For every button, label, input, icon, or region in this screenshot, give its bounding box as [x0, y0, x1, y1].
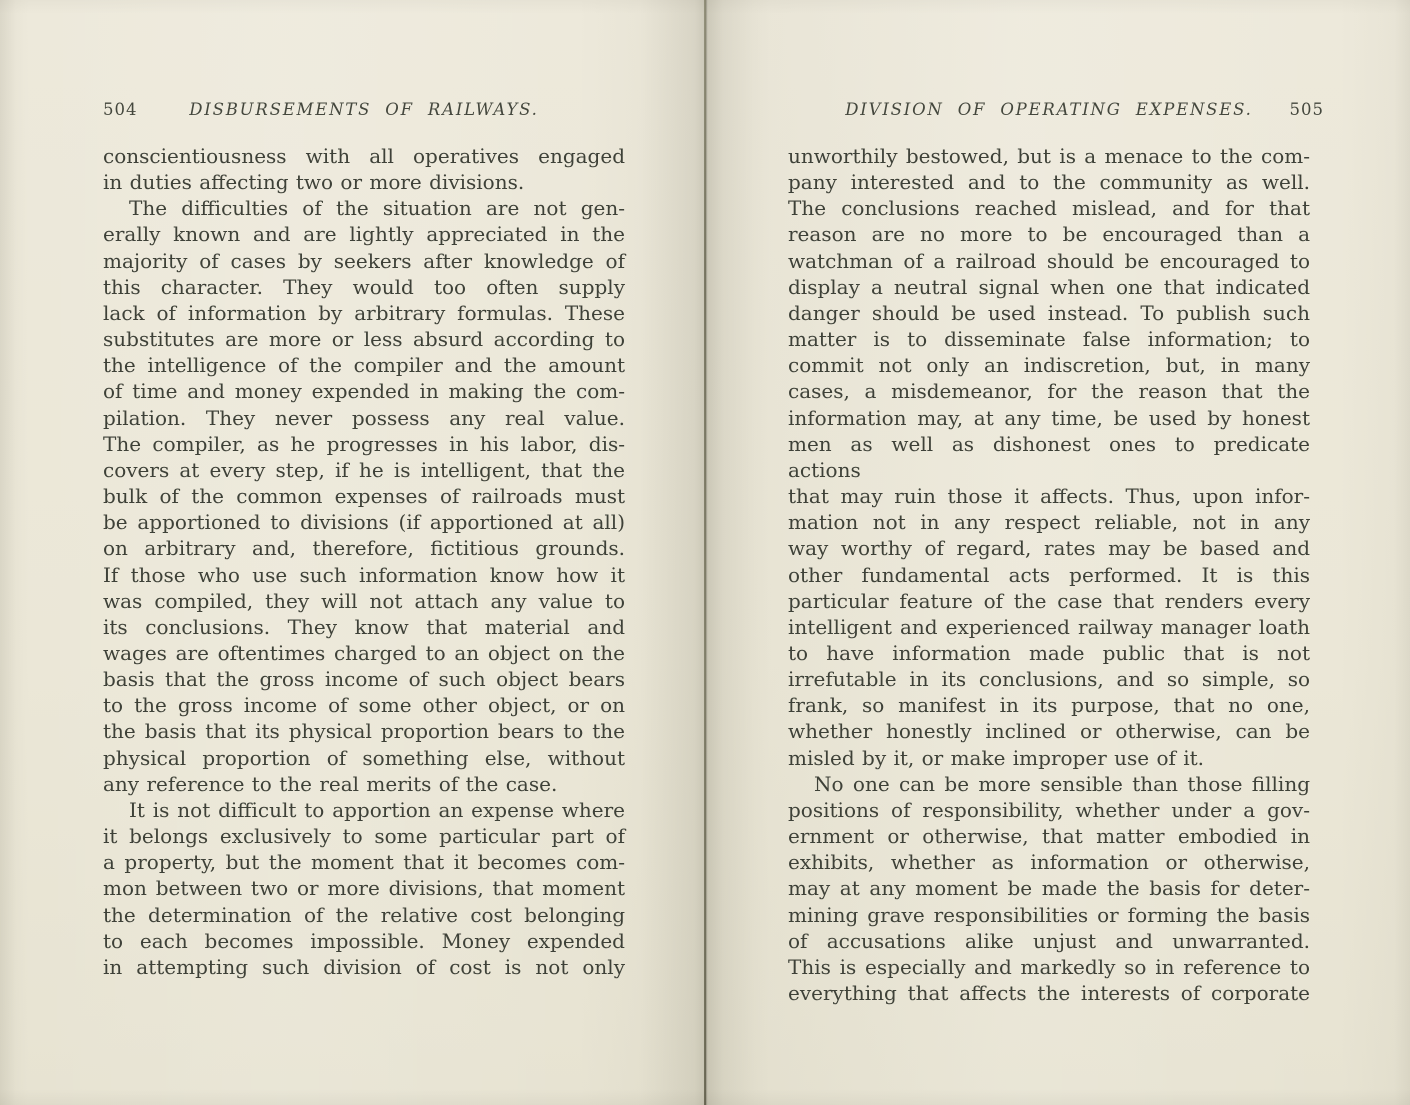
- text-line: a property, but the moment that it becom…: [103, 849, 625, 875]
- text-line: cases, a misdemeanor, for the reason tha…: [788, 378, 1310, 404]
- text-line: watchman of a railroad should be encoura…: [788, 248, 1310, 274]
- text-line: to the gross income of some other object…: [103, 692, 625, 718]
- text-line: pilation. They never possess any real va…: [103, 405, 625, 431]
- running-title-right: DIVISION OF OPERATING EXPENSES.: [788, 99, 1310, 120]
- text-line: of accusations alike unjust and unwarran…: [788, 928, 1310, 954]
- text-line: positions of responsibility, whether und…: [788, 797, 1310, 823]
- text-line: mation not in any respect reliable, not …: [788, 509, 1310, 535]
- text-line: It is not difficult to apportion an expe…: [103, 797, 625, 823]
- text-line: erally known and are lightly appreciated…: [103, 221, 625, 247]
- text-line: commit not only an indiscretion, but, in…: [788, 352, 1310, 378]
- text-line: was compiled, they will not attach any v…: [103, 588, 625, 614]
- text-line: pany interested and to the community as …: [788, 169, 1310, 195]
- text-line: physical proportion of something else, w…: [103, 745, 625, 771]
- running-title-left: DISBURSEMENTS OF RAILWAYS.: [103, 99, 625, 120]
- text-line: it belongs exclusively to some particula…: [103, 823, 625, 849]
- text-line: to each becomes impossible. Money expend…: [103, 928, 625, 954]
- text-line: frank, so manifest in its purpose, that …: [788, 692, 1310, 718]
- text-line: conscientiousness with all operatives en…: [103, 143, 625, 169]
- text-line: everything that affects the interests of…: [788, 980, 1310, 1006]
- text-line: information may, at any time, be used by…: [788, 405, 1310, 431]
- text-line: this character. They would too often sup…: [103, 274, 625, 300]
- text-line: in duties affecting two or more division…: [103, 169, 625, 195]
- text-line: basis that the gross income of such obje…: [103, 666, 625, 692]
- text-line: ernment or otherwise, that matter embodi…: [788, 823, 1310, 849]
- text-line: covers at every step, if he is intellige…: [103, 457, 625, 483]
- text-line: any reference to the real merits of the …: [103, 771, 625, 797]
- text-line: intelligent and experienced railway mana…: [788, 614, 1310, 640]
- text-line: the determination of the relative cost b…: [103, 902, 625, 928]
- text-line: wages are oftentimes charged to an objec…: [103, 640, 625, 666]
- book-spread: 504 DISBURSEMENTS OF RAILWAYS. conscient…: [0, 0, 1410, 1105]
- text-line: bulk of the common expenses of railroads…: [103, 483, 625, 509]
- text-line: way worthy of regard, rates may be based…: [788, 535, 1310, 561]
- text-line: exhibits, whether as information or othe…: [788, 849, 1310, 875]
- text-line: substitutes are more or less absurd acco…: [103, 326, 625, 352]
- page-body-right: unworthily bestowed, but is a menace to …: [788, 143, 1310, 1006]
- text-line: on arbitrary and, therefore, fictitious …: [103, 535, 625, 561]
- text-line: If those who use such information know h…: [103, 562, 625, 588]
- text-line: to have information made public that is …: [788, 640, 1310, 666]
- text-line: This is especially and markedly so in re…: [788, 954, 1310, 980]
- text-line: display a neutral signal when one that i…: [788, 274, 1310, 300]
- text-line: particular feature of the case that rend…: [788, 588, 1310, 614]
- text-line: irrefutable in its conclusions, and so s…: [788, 666, 1310, 692]
- text-line: of time and money expended in making the…: [103, 378, 625, 404]
- page-number-right: 505: [1290, 99, 1325, 120]
- text-line: mining grave responsibilities or forming…: [788, 902, 1310, 928]
- text-line: danger should be used instead. To publis…: [788, 300, 1310, 326]
- text-line: be apportioned to divisions (if apportio…: [103, 509, 625, 535]
- text-line: No one can be more sensible than those f…: [788, 771, 1310, 797]
- text-line: whether honestly inclined or otherwise, …: [788, 718, 1310, 744]
- text-line: reason are no more to be encouraged than…: [788, 221, 1310, 247]
- text-line: The compiler, as he progresses in his la…: [103, 431, 625, 457]
- text-line: the intelligence of the compiler and the…: [103, 352, 625, 378]
- text-line: its conclusions. They know that material…: [103, 614, 625, 640]
- text-line: may at any moment be made the basis for …: [788, 875, 1310, 901]
- text-line: The conclusions reached mislead, and for…: [788, 195, 1310, 221]
- text-line: majority of cases by seekers after knowl…: [103, 248, 625, 274]
- page-right: DIVISION OF OPERATING EXPENSES. 505 unwo…: [705, 0, 1410, 1105]
- text-line: misled by it, or make improper use of it…: [788, 745, 1310, 771]
- page-header-left: 504 DISBURSEMENTS OF RAILWAYS.: [103, 99, 625, 120]
- text-line: the basis that its physical proportion b…: [103, 718, 625, 744]
- page-header-right: DIVISION OF OPERATING EXPENSES. 505: [788, 99, 1310, 120]
- text-line: men as well as dishonest ones to predica…: [788, 431, 1310, 483]
- page-left: 504 DISBURSEMENTS OF RAILWAYS. conscient…: [0, 0, 705, 1105]
- text-line: that may ruin those it affects. Thus, up…: [788, 483, 1310, 509]
- text-line: matter is to disseminate false informati…: [788, 326, 1310, 352]
- text-line: lack of information by arbitrary formula…: [103, 300, 625, 326]
- text-line: The difficulties of the situation are no…: [103, 195, 625, 221]
- text-line: in attempting such division of cost is n…: [103, 954, 625, 980]
- text-line: unworthily bestowed, but is a menace to …: [788, 143, 1310, 169]
- text-line: mon between two or more divisions, that …: [103, 875, 625, 901]
- page-body-left: conscientiousness with all operatives en…: [103, 143, 625, 980]
- text-line: other fundamental acts performed. It is …: [788, 562, 1310, 588]
